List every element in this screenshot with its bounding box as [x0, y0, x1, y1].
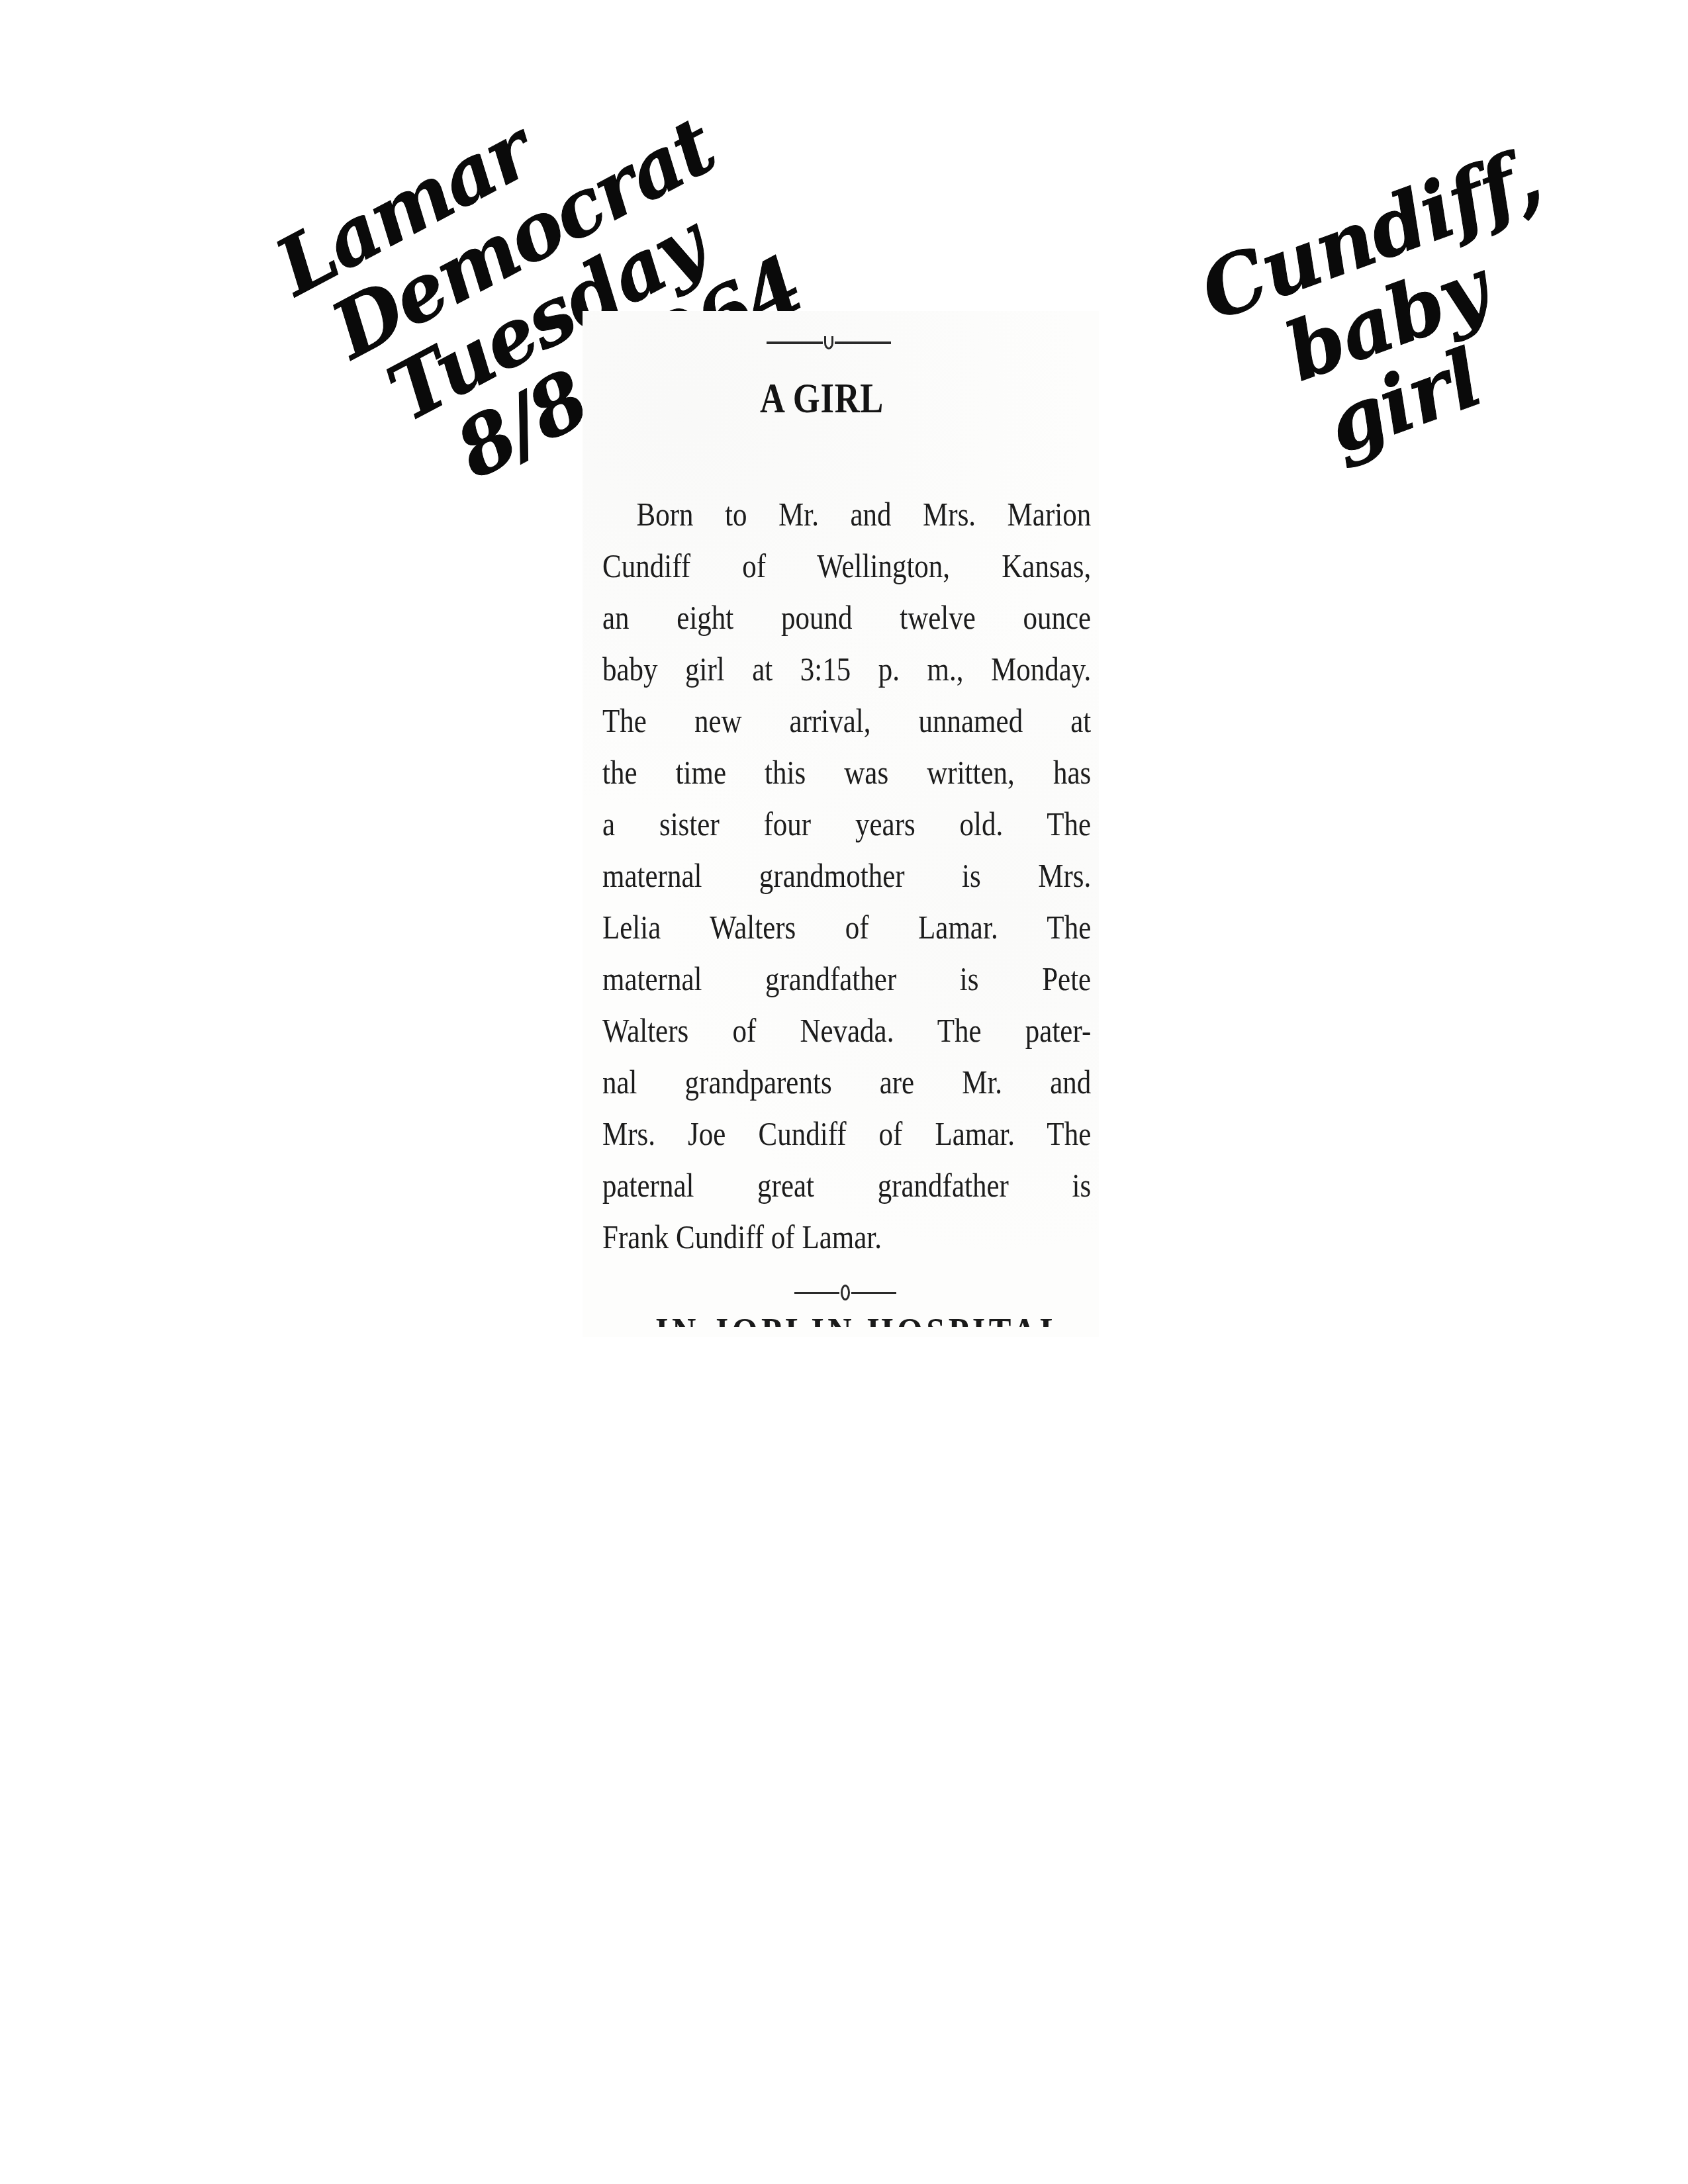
article-line: Mrs. Joe Cundiff of Lamar. The	[602, 1108, 1091, 1160]
next-article-heading-cut-off: IN JOPLIN HOSPITAL	[655, 1314, 1066, 1327]
article-line: baby girl at 3:15 p. m., Monday.	[602, 643, 1091, 695]
article-body: Born to Mr. and Mrs. Marion Cundiff of W…	[602, 488, 1092, 1263]
article-line: the time this was written, has	[602, 747, 1091, 798]
divider-rule	[851, 1292, 896, 1294]
article-line: an eight pound twelve ounce	[602, 592, 1091, 643]
article-line: Lelia Walters of Lamar. The	[602, 901, 1091, 953]
article-line: Frank Cundiff of Lamar.	[602, 1211, 1091, 1263]
newspaper-clipping: A GIRL Born to Mr. and Mrs. Marion Cundi…	[583, 311, 1099, 1337]
divider-rule	[835, 341, 891, 344]
divider-ornament-icon	[841, 1285, 850, 1300]
divider-rule	[794, 1292, 839, 1294]
article-line: paternal great grandfather is	[602, 1160, 1091, 1211]
article-headline: A GIRL	[760, 374, 884, 423]
article-line: Cundiff of Wellington, Kansas,	[602, 540, 1091, 592]
article-line: The new arrival, unnamed at	[602, 695, 1091, 747]
article-line: Born to Mr. and Mrs. Marion	[602, 488, 1091, 540]
article-line: a sister four years old. The	[602, 798, 1091, 850]
article-line: nal grandparents are Mr. and	[602, 1056, 1091, 1108]
section-divider-top	[767, 336, 891, 349]
handwritten-subject-note: Cundiff, baby girl	[1192, 137, 1609, 490]
article-line: maternal grandmother is Mrs.	[602, 850, 1091, 901]
section-divider-bottom	[794, 1286, 896, 1299]
article-line: Walters of Nevada. The pater-	[602, 1005, 1091, 1056]
article-line: maternal grandfather is Pete	[602, 953, 1091, 1005]
divider-rule	[767, 341, 823, 344]
divider-ornament-icon	[824, 336, 833, 349]
